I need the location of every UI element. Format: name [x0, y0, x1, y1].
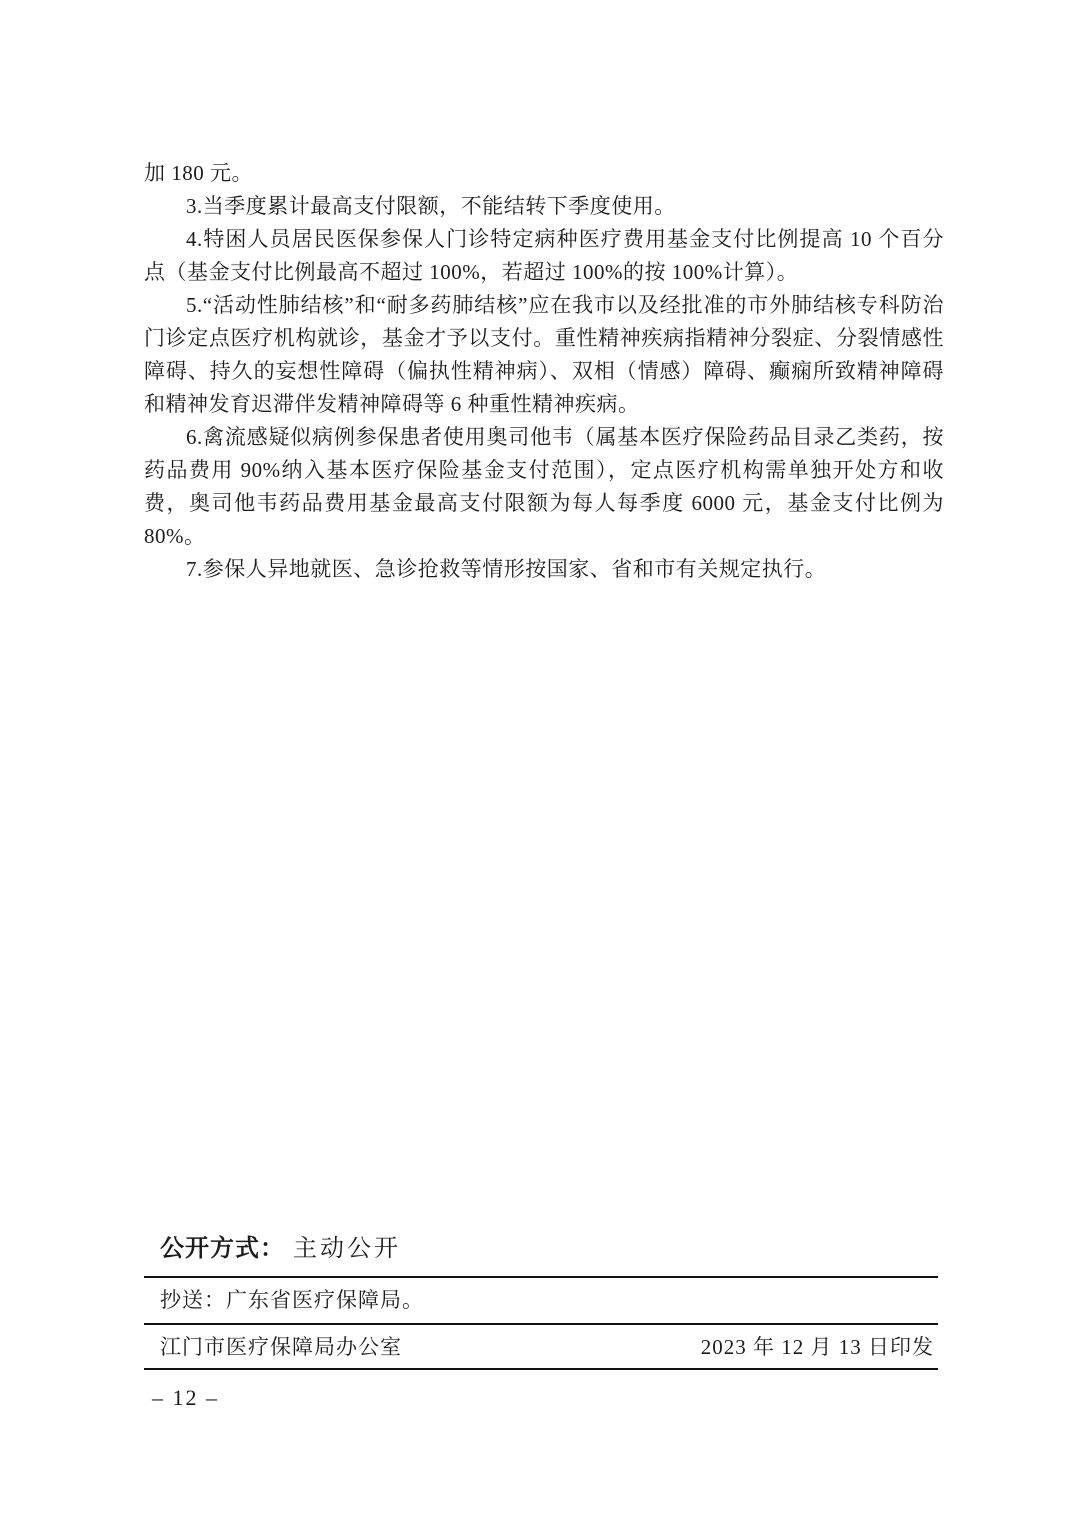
publicity-method-label: 公开方式： — [160, 1235, 285, 1262]
cc-row: 抄送：广东省医疗保障局。 — [144, 1278, 938, 1323]
paragraph-item-5: 5.“活动性肺结核”和“耐多药肺结核”应在我市以及经批准的市外肺结核专科防治门诊… — [144, 289, 944, 421]
document-body: 加 180 元。 3.当季度累计最高支付限额，不能结转下季度使用。 4.特困人员… — [144, 157, 944, 586]
issuer-office: 江门市医疗保障局办公室 — [160, 1336, 402, 1358]
paragraph-item-7: 7.参保人异地就医、急诊抢救等情形按国家、省和市有关规定执行。 — [144, 553, 944, 586]
paragraph-continuation: 加 180 元。 — [144, 157, 944, 190]
paragraph-item-4: 4.特困人员居民医保参保人门诊特定病种医疗费用基金支付比例提高 10 个百分点（… — [144, 223, 944, 289]
print-date: 2023 年 12 月 13 日印发 — [701, 1336, 934, 1358]
document-footer: 公开方式：主动公开 抄送：广东省医疗保障局。 江门市医疗保障局办公室 2023 … — [144, 1236, 938, 1411]
page-number: – 12 – — [144, 1385, 938, 1411]
publicity-method-value: 主动公开 — [293, 1236, 401, 1262]
separator-line-bottom — [144, 1368, 938, 1370]
publicity-method-row: 公开方式：主动公开 — [144, 1236, 938, 1262]
paragraph-item-3: 3.当季度累计最高支付限额，不能结转下季度使用。 — [144, 190, 944, 223]
document-page: 加 180 元。 3.当季度累计最高支付限额，不能结转下季度使用。 4.特困人员… — [0, 0, 1074, 1520]
paragraph-item-6: 6.禽流感疑似病例参保患者使用奥司他韦（属基本医疗保险药品目录乙类药，按药品费用… — [144, 421, 944, 553]
issuer-row: 江门市医疗保障局办公室 2023 年 12 月 13 日印发 — [144, 1325, 938, 1368]
